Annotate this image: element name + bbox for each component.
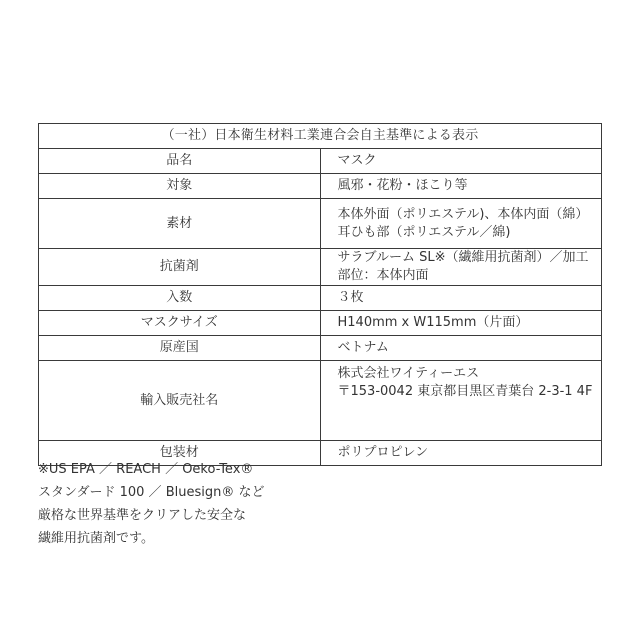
product-spec-table: （一社）日本衛生材料工業連合会自主基準による表示 品名 マスク 対象 風邪・花粉…: [38, 123, 602, 466]
table-row: 入数 ３枚: [39, 286, 602, 311]
table-row: 対象 風邪・花粉・ほこり等: [39, 174, 602, 199]
row-value-product-name: マスク: [320, 149, 602, 174]
row-label-product-name: 品名: [39, 149, 321, 174]
row-label-target: 対象: [39, 174, 321, 199]
row-value-importer: 株式会社ワイティーエス 〒153-0042 東京都目黒区青葉台 2-3-1 4F: [320, 361, 602, 441]
row-value-target: 風邪・花粉・ほこり等: [320, 174, 602, 199]
footnote-line: 繊維用抗菌剤です。: [38, 527, 338, 550]
table-row: 品名 マスク: [39, 149, 602, 174]
value-text: サラブルーム SL※（繊維用抗菌剤）／加工部位：本体内面: [338, 249, 602, 285]
table-row: 素材 本体外面（ポリエステル)、本体内面（綿） 耳ひも部（ポリエステル／綿): [39, 199, 602, 249]
footnote-line: スタンダード 100 ／ Bluesign® など: [38, 481, 338, 504]
value-text: ベトナム: [338, 339, 602, 357]
table-row: 輸入販売社名 株式会社ワイティーエス 〒153-0042 東京都目黒区青葉台 2…: [39, 361, 602, 441]
row-value-mask-size: H140mm x W115mm（片面）: [320, 311, 602, 336]
value-text: マスク: [338, 152, 602, 170]
value-text: 耳ひも部（ポリエステル／綿): [338, 224, 602, 242]
footnote-line: 厳格な世界基準をクリアした安全な: [38, 504, 338, 527]
row-value-material: 本体外面（ポリエステル)、本体内面（綿） 耳ひも部（ポリエステル／綿): [320, 199, 602, 249]
value-text: H140mm x W115mm（片面）: [338, 314, 602, 332]
row-value-origin: ベトナム: [320, 336, 602, 361]
value-text: 本体外面（ポリエステル)、本体内面（綿）: [338, 206, 602, 224]
row-label-origin: 原産国: [39, 336, 321, 361]
footnote-line: ※US EPA ／ REACH ／ Oeko-Tex®: [38, 458, 338, 481]
table-caption: （一社）日本衛生材料工業連合会自主基準による表示: [39, 124, 602, 149]
table-row: 抗菌剤 サラブルーム SL※（繊維用抗菌剤）／加工部位：本体内面: [39, 249, 602, 286]
row-value-antibacterial: サラブルーム SL※（繊維用抗菌剤）／加工部位：本体内面: [320, 249, 602, 286]
row-label-importer: 輸入販売社名: [39, 361, 321, 441]
footnote: ※US EPA ／ REACH ／ Oeko-Tex® スタンダード 100 ／…: [38, 458, 338, 550]
value-text: 株式会社ワイティーエス: [338, 365, 602, 383]
table-row: マスクサイズ H140mm x W115mm（片面）: [39, 311, 602, 336]
value-text: 〒153-0042 東京都目黒区青葉台 2-3-1 4F: [338, 383, 602, 401]
value-text: 風邪・花粉・ほこり等: [338, 177, 602, 195]
value-text: ポリプロピレン: [338, 444, 602, 462]
table-row: 原産国 ベトナム: [39, 336, 602, 361]
row-label-material: 素材: [39, 199, 321, 249]
row-value-packaging: ポリプロピレン: [320, 441, 602, 466]
row-label-mask-size: マスクサイズ: [39, 311, 321, 336]
row-value-quantity: ３枚: [320, 286, 602, 311]
row-label-antibacterial: 抗菌剤: [39, 249, 321, 286]
row-label-quantity: 入数: [39, 286, 321, 311]
value-text: ３枚: [338, 289, 602, 307]
